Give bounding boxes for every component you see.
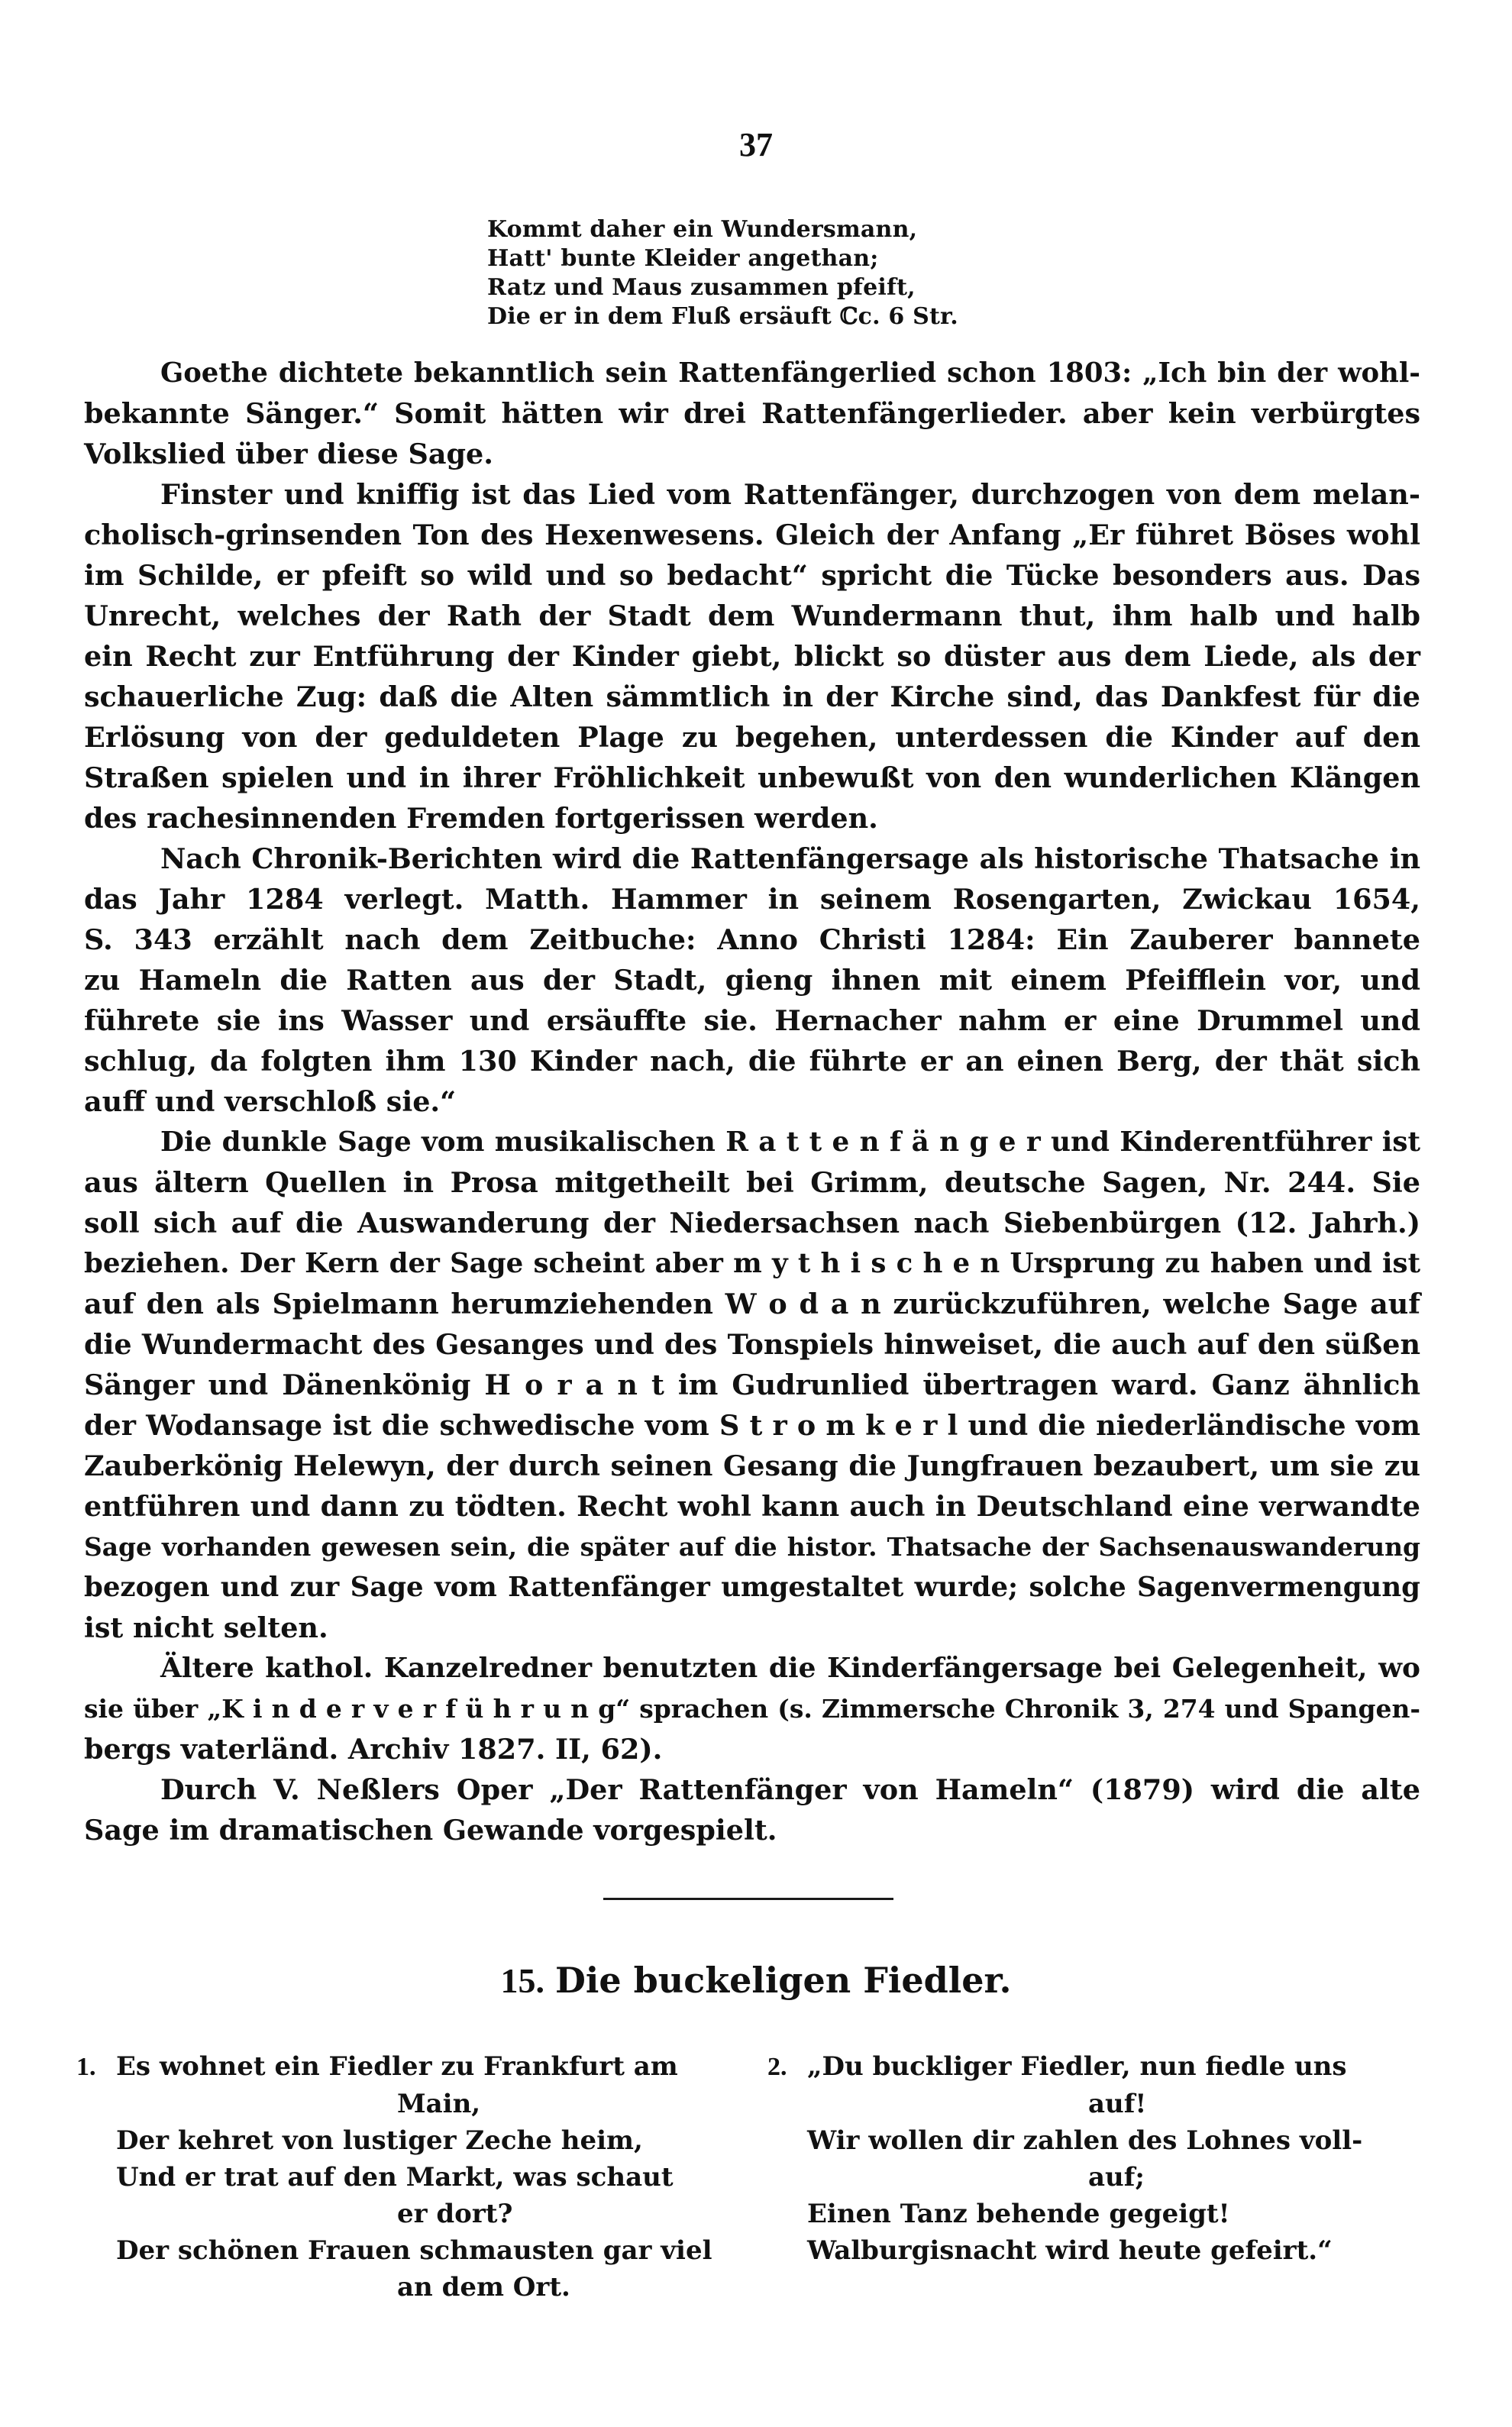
verse-text: Und er trat auf den Markt, was schaut xyxy=(116,2162,674,2193)
poem-stanza-2: 2.„Du buckliger Fiedler, nun fiedle unsa… xyxy=(767,2048,1439,2269)
text-line: Sänger und Dänenkönig H o r a n t im Gud… xyxy=(84,1365,1420,1405)
verse-line: er dort? xyxy=(76,2196,748,2232)
verse-text: Walburgisnacht wird heute gefeirt.“ xyxy=(807,2235,1333,2266)
text-line: Sage vorhanden gewesen sein, die später … xyxy=(84,1527,1420,1567)
text-line: Durch V. Neßlers Oper „Der Rattenfänger … xyxy=(84,1769,1420,1810)
text-line: sie über „K i n d e r v e r f ü h r u n … xyxy=(84,1689,1420,1729)
paragraph: Ältere kathol. Kanzelredner benutzten di… xyxy=(84,1648,1420,1769)
verse-text: an dem Ort. xyxy=(397,2272,570,2303)
text-line: führete sie ins Wasser und ersäuffte sie… xyxy=(84,1000,1420,1041)
verse-text: Der kehret von lustiger Zeche heim, xyxy=(116,2125,643,2156)
verse-line: Der schönen Frauen schmausten gar viel xyxy=(76,2232,748,2269)
text-line: aus ältern Quellen in Prosa mitgetheilt … xyxy=(84,1162,1420,1203)
section-heading: Die buckeligen Fiedler. xyxy=(555,1960,1012,2001)
text-line: beziehen. Der Kern der Sage scheint aber… xyxy=(84,1243,1420,1284)
verse-text: Main, xyxy=(397,2089,480,2119)
verse-line: Der kehret von lustiger Zeche heim, xyxy=(76,2122,748,2159)
verse-text: „Du buckliger Fiedler, nun fiedle uns xyxy=(807,2051,1347,2082)
epigraph-verse: Kommt daher ein Wundersmann,Hatt' bunte … xyxy=(487,215,958,331)
text-line: entführen und dann zu tödten. Recht wohl… xyxy=(84,1486,1420,1527)
text-line: ist nicht selten. xyxy=(84,1608,1420,1648)
text-line: auf den als Spielmann herumziehenden W o… xyxy=(84,1284,1420,1324)
text-line: Ältere kathol. Kanzelredner benutzten di… xyxy=(84,1648,1420,1689)
verse-line: an dem Ort. xyxy=(76,2269,748,2306)
section-title: 15.Die buckeligen Fiedler. xyxy=(0,1963,1512,1999)
paragraph: Die dunkle Sage vom musikalischen R a t … xyxy=(84,1122,1420,1648)
verse-text: er dort? xyxy=(397,2199,512,2229)
stanza-number: 1. xyxy=(76,2049,116,2086)
epigraph-line: Hatt' bunte Kleider angethan; xyxy=(487,244,958,273)
text-line: soll sich auf die Auswanderung der Niede… xyxy=(84,1203,1420,1243)
text-line: auff und verschloß sie.“ xyxy=(84,1081,1420,1122)
text-line: schlug, da folgten ihm 130 Kinder nach, … xyxy=(84,1041,1420,1081)
text-line: bergs vaterländ. Archiv 1827. II, 62). xyxy=(84,1729,1420,1769)
text-line: ein Recht zur Entführung der Kinder gieb… xyxy=(84,636,1420,677)
text-line: im Schilde, er pfeift so wild und so bed… xyxy=(84,555,1420,596)
text-line: Zauberkönig Helewyn, der durch seinen Ge… xyxy=(84,1446,1420,1486)
verse-text: Wir wollen dir zahlen des Lohnes voll- xyxy=(807,2125,1362,2156)
verse-line: 1.Es wohnet ein Fiedler zu Frankfurt am xyxy=(76,2048,748,2086)
text-line: Volkslied über diese Sage. xyxy=(84,434,1420,474)
verse-text: Einen Tanz behende gegeigt! xyxy=(807,2199,1230,2229)
section-separator xyxy=(603,1898,893,1900)
section-number: 15. xyxy=(500,1961,544,2000)
text-line: cholisch-grinsenden Ton des Hexenwesens.… xyxy=(84,515,1420,555)
text-line: der Wodansage ist die schwedische vom S … xyxy=(84,1405,1420,1446)
epigraph-line: Kommt daher ein Wundersmann, xyxy=(487,215,958,244)
stanza-number: 2. xyxy=(767,2049,807,2086)
paragraph: Goethe dichtete bekanntlich sein Rattenf… xyxy=(84,353,1420,474)
text-line: des rachesinnenden Fremden fortgerissen … xyxy=(84,798,1420,839)
poem-stanza-1: 1.Es wohnet ein Fiedler zu Frankfurt amM… xyxy=(76,2048,748,2306)
text-line: S. 343 erzählt nach dem Zeitbuche: Anno … xyxy=(84,919,1420,960)
text-line: bekannte Sänger.“ Somit hätten wir drei … xyxy=(84,393,1420,434)
paragraph: Durch V. Neßlers Oper „Der Rattenfänger … xyxy=(84,1769,1420,1850)
body-text: Goethe dichtete bekanntlich sein Rattenf… xyxy=(84,353,1420,1850)
verse-line: auf; xyxy=(767,2159,1439,2196)
verse-text: Es wohnet ein Fiedler zu Frankfurt am xyxy=(116,2051,678,2082)
verse-line: auf! xyxy=(767,2086,1439,2122)
page-number: 37 xyxy=(0,128,1512,162)
text-line: Sage im dramatischen Gewande vorgespielt… xyxy=(84,1810,1420,1850)
verse-line: Walburgisnacht wird heute gefeirt.“ xyxy=(767,2232,1439,2269)
verse-line: Wir wollen dir zahlen des Lohnes voll- xyxy=(767,2122,1439,2159)
verse-line: Main, xyxy=(76,2086,748,2122)
text-line: Nach Chronik-Berichten wird die Rattenfä… xyxy=(84,839,1420,879)
verse-line: Und er trat auf den Markt, was schaut xyxy=(76,2159,748,2196)
text-line: Unrecht, welches der Rath der Stadt dem … xyxy=(84,596,1420,636)
text-line: die Wundermacht des Gesanges und des Ton… xyxy=(84,1324,1420,1365)
epigraph-line: Die er in dem Fluß ersäuft ℂc. 6 Str. xyxy=(487,302,958,331)
text-line: Erlösung von der geduldeten Plage zu beg… xyxy=(84,717,1420,758)
text-line: Finster und kniffig ist das Lied vom Rat… xyxy=(84,474,1420,515)
paragraph: Nach Chronik-Berichten wird die Rattenfä… xyxy=(84,839,1420,1122)
verse-line: Einen Tanz behende gegeigt! xyxy=(767,2196,1439,2232)
text-line: Goethe dichtete bekanntlich sein Rattenf… xyxy=(84,353,1420,393)
text-line: Straßen spielen und in ihrer Fröhlichkei… xyxy=(84,758,1420,798)
epigraph-line: Ratz und Maus zusammen pfeift, xyxy=(487,273,958,302)
text-line: schauerliche Zug: daß die Alten sämmtlic… xyxy=(84,677,1420,717)
verse-text: Der schönen Frauen schmausten gar viel xyxy=(116,2235,712,2266)
text-line: bezogen und zur Sage vom Rattenfänger um… xyxy=(84,1567,1420,1608)
verse-text: auf! xyxy=(1088,2089,1146,2119)
verse-text: auf; xyxy=(1088,2162,1145,2193)
text-line: Die dunkle Sage vom musikalischen R a t … xyxy=(84,1122,1420,1162)
verse-line: 2.„Du buckliger Fiedler, nun fiedle uns xyxy=(767,2048,1439,2086)
paragraph: Finster und kniffig ist das Lied vom Rat… xyxy=(84,474,1420,839)
text-line: zu Hameln die Ratten aus der Stadt, gien… xyxy=(84,960,1420,1000)
text-line: das Jahr 1284 verlegt. Matth. Hammer in … xyxy=(84,879,1420,919)
